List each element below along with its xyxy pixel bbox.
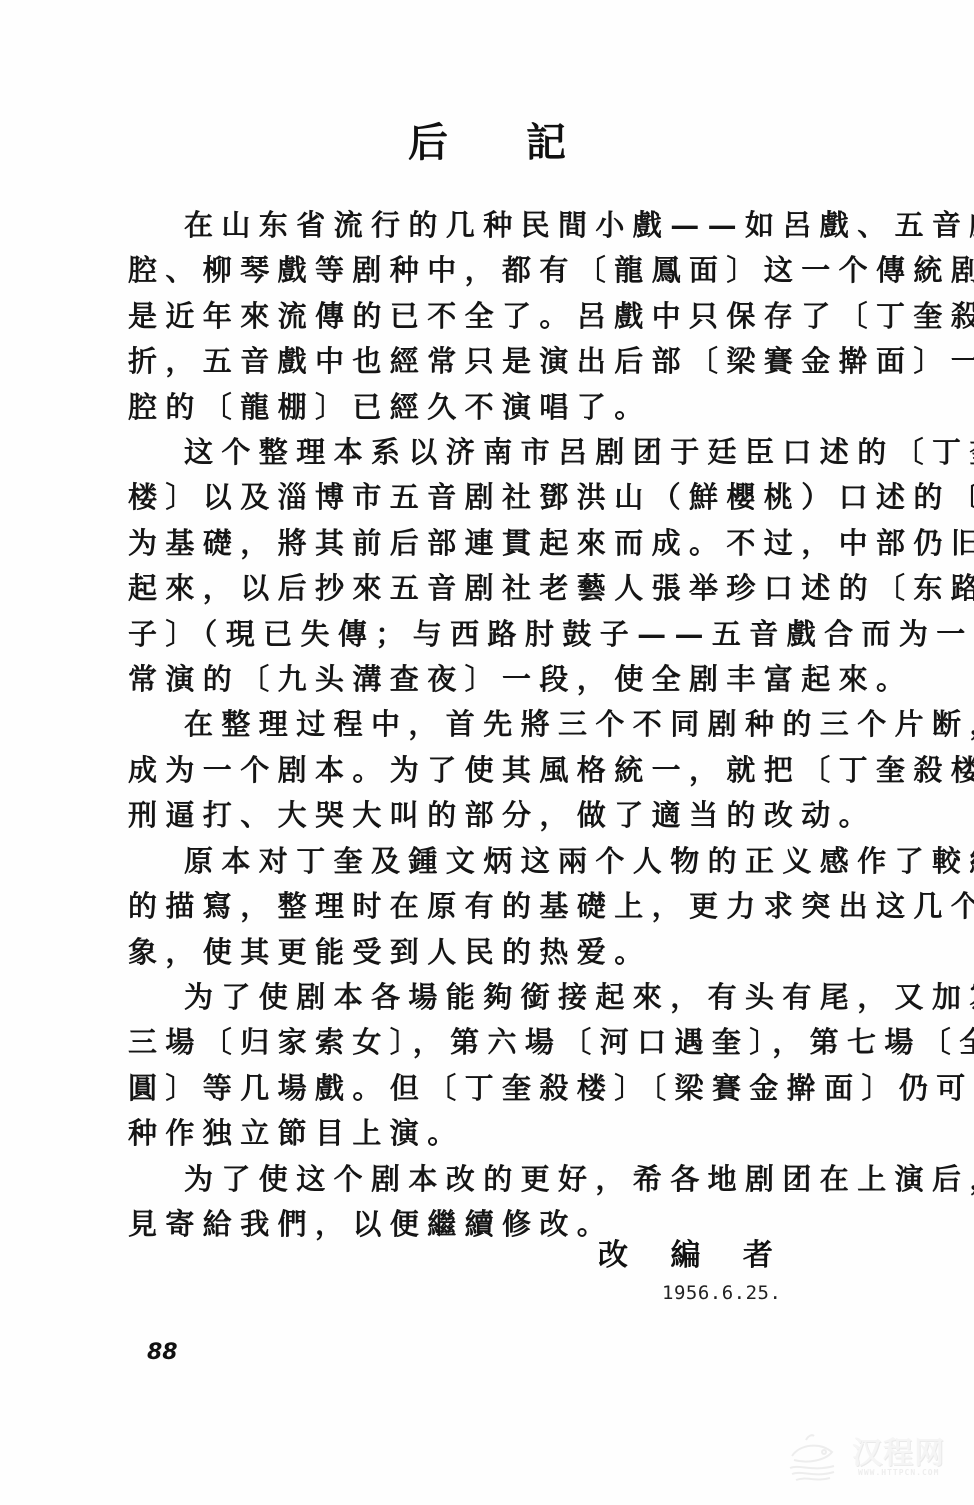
text-line: 成为一个剧本。为了使其風格統一，就把〔丁奎殺楼〕中嚴 [128,748,904,793]
text-line: 圓〕等几場戲。但〔丁奎殺楼〕〔梁賽金擀面〕仍可供原剧 [128,1066,904,1111]
site-watermark: 汉程网 WWW.HTTPCN.COM [786,1428,972,1488]
text-line: 子〕（現已失傳；与西路肘鼓子——五音戲合而为一）过去 [128,612,904,657]
text-line: 腔的〔龍棚〕已經久不演唱了。 [128,385,904,430]
paragraph-1: 在山东省流行的几种民間小戲——如呂戲、五音戲、茂 腔、柳琴戲等剧种中，都有〔龍鳳… [128,203,904,430]
title-char-1: 后 [408,118,448,168]
watermark-url: WWW.HTTPCN.COM [858,1468,939,1477]
text-line: 象，使其更能受到人民的热爱。 [128,930,904,975]
text-line: 起來，以后抄來五音剧社老藝人張举珍口述的〔东路肘鼓 [128,566,904,611]
text-line: 这个整理本系以济南市呂剧团于廷臣口述的〔丁奎殺 [128,430,904,475]
paragraph-3: 在整理过程中，首先將三个不同剧种的三个片断，合并 成为一个剧本。为了使其風格統一… [128,702,904,838]
text-line: 的描寫，整理时在原有的基礎上，更力求突出这几个人物形 [128,884,904,929]
text-line: 原本对丁奎及鍾文炳这兩个人物的正义感作了較細致 [128,839,904,884]
text-line: 是近年來流傳的已不全了。呂戲中只保存了〔丁奎殺楼〕一 [128,294,904,339]
text-line: 折，五音戲中也經常只是演出后部〔梁賽金擀面〕一段。茂 [128,339,904,384]
text-line: 在山东省流行的几种民間小戲——如呂戲、五音戲、茂 [128,203,904,248]
signature-date: 1956.6.25. [662,1282,781,1304]
paragraph-2: 这个整理本系以济南市呂剧团于廷臣口述的〔丁奎殺 楼〕以及淄博市五音剧社鄧洪山（鮮… [128,430,904,702]
text-line: 腔、柳琴戲等剧种中，都有〔龍鳳面〕这一个傳統剧目。但 [128,248,904,293]
author-signature: 改 編 者 [598,1230,789,1274]
book-page: 后記 在山东省流行的几种民間小戲——如呂戲、五音戲、茂 腔、柳琴戲等剧种中，都有… [0,0,974,1505]
page-title: 后記 [0,118,974,168]
text-line: 种作独立節目上演。 [128,1111,904,1156]
fish-wave-logo-icon [786,1430,840,1484]
page-number: 88 [147,1340,178,1365]
afterword-body: 在山东省流行的几种民間小戲——如呂戲、五音戲、茂 腔、柳琴戲等剧种中，都有〔龍鳳… [128,203,904,1247]
paragraph-4: 原本对丁奎及鍾文炳这兩个人物的正义感作了較細致 的描寫，整理时在原有的基礎上，更… [128,839,904,975]
text-line: 为基礎，將其前后部連貫起來而成。不过，中部仍旧銜接不 [128,521,904,566]
watermark-name: 汉程网 [852,1428,945,1472]
text-line: 三場〔归家索女〕，第六場〔河口遇奎〕，第七場〔全家团 [128,1020,904,1065]
text-line: 为了使这个剧本改的更好，希各地剧团在上演后，把意 [128,1157,904,1202]
text-line: 常演的〔九头溝查夜〕一段，使全剧丰富起來。 [128,657,904,702]
text-line: 楼〕以及淄博市五音剧社鄧洪山（鮮櫻桃）口述的〔擀面〕 [128,475,904,520]
text-line: 为了使剧本各場能夠銜接起來，有头有尾，又加寫了第 [128,975,904,1020]
text-line: 在整理过程中，首先將三个不同剧种的三个片断，合并 [128,702,904,747]
paragraph-5: 为了使剧本各場能夠銜接起來，有头有尾，又加寫了第 三場〔归家索女〕，第六場〔河口… [128,975,904,1157]
title-char-2: 記 [526,118,566,168]
text-line: 刑逼打、大哭大叫的部分，做了適当的改动。 [128,793,904,838]
